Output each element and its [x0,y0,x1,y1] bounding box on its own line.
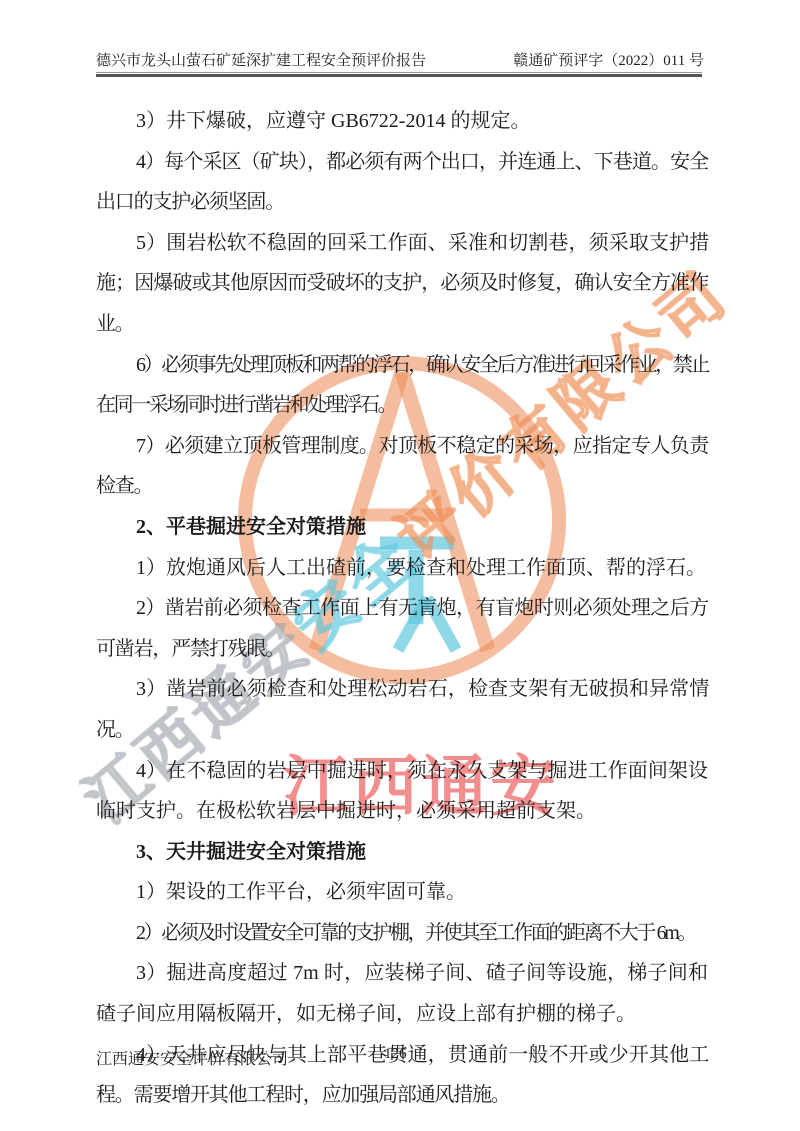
paragraph: 1）放炮通风后人工出碴前，要检查和处理工作面顶、帮的浮石。 [96,548,708,589]
paragraph: 4）每个采区（矿块），都必须有两个出口，并连通上、下巷道。安全出口的支护必须坚固… [96,142,708,223]
header-report-title: 德兴市龙头山萤石矿延深扩建工程安全预评价报告 [96,52,426,70]
paragraph: 3）凿岩前必须检查和处理松动岩石，检查支架有无破损和异常情况。 [96,669,708,750]
paragraph: 2）必须及时设置安全可靠的支护棚，并使其至工作面的距离不大于 6m。 [96,913,708,954]
paragraph: 3）掘进高度超过 7m 时，应装梯子间、碴子间等设施，梯子间和碴子间应用隔板隔开… [96,953,708,1034]
paragraph: 6）必须事先处理顶板和两帮的浮石，确认安全后方准进行回采作业，禁止在同一采场同时… [96,345,708,426]
page-header: 德兴市龙头山萤石矿延深扩建工程安全预评价报告 赣通矿预评字（2022）011 号 [96,52,704,70]
paragraph: 3）井下爆破，应遵守 GB6722-2014 的规定。 [96,101,708,142]
paragraph: 4）在不稳固的岩层中掘进时，须在永久支架与掘进工作面间架设临时支护。在极松软岩层… [96,751,708,832]
footer-page-number: 126 [384,1046,407,1063]
footer-company: 江西通安安全评价有限公司 [96,1046,288,1069]
paragraph: 7）必须建立顶板管理制度。对顶板不稳定的采场，应指定专人负责检查。 [96,426,708,507]
header-rule-thick [96,74,702,77]
paragraph: 1）架设的工作平台，必须牢固可靠。 [96,872,708,913]
section-heading: 3、天井掘进安全对策措施 [96,832,708,873]
paragraph: 2）凿岩前必须检查工作面上有无盲炮，有盲炮时则必须处理之后方可凿岩，严禁打残眼。 [96,588,708,669]
page-content: 德兴市龙头山萤石矿延深扩建工程安全预评价报告 赣通矿预评字（2022）011 号… [0,0,800,1131]
document-page: 江西通安安全评价有限公司 江西通安 德兴市龙头山萤石矿延深扩建工程安全预评价报告… [0,0,800,1131]
section-heading: 2、平巷掘进安全对策措施 [96,507,708,548]
header-rule-thin [96,72,702,73]
header-doc-number: 赣通矿预评字（2022）011 号 [513,52,704,70]
paragraph: 5）围岩松软不稳固的回采工作面、采准和切割巷，须采取支护措施；因爆破或其他原因而… [96,223,708,345]
document-body: 3）井下爆破，应遵守 GB6722-2014 的规定。4）每个采区（矿块），都必… [96,101,708,1116]
